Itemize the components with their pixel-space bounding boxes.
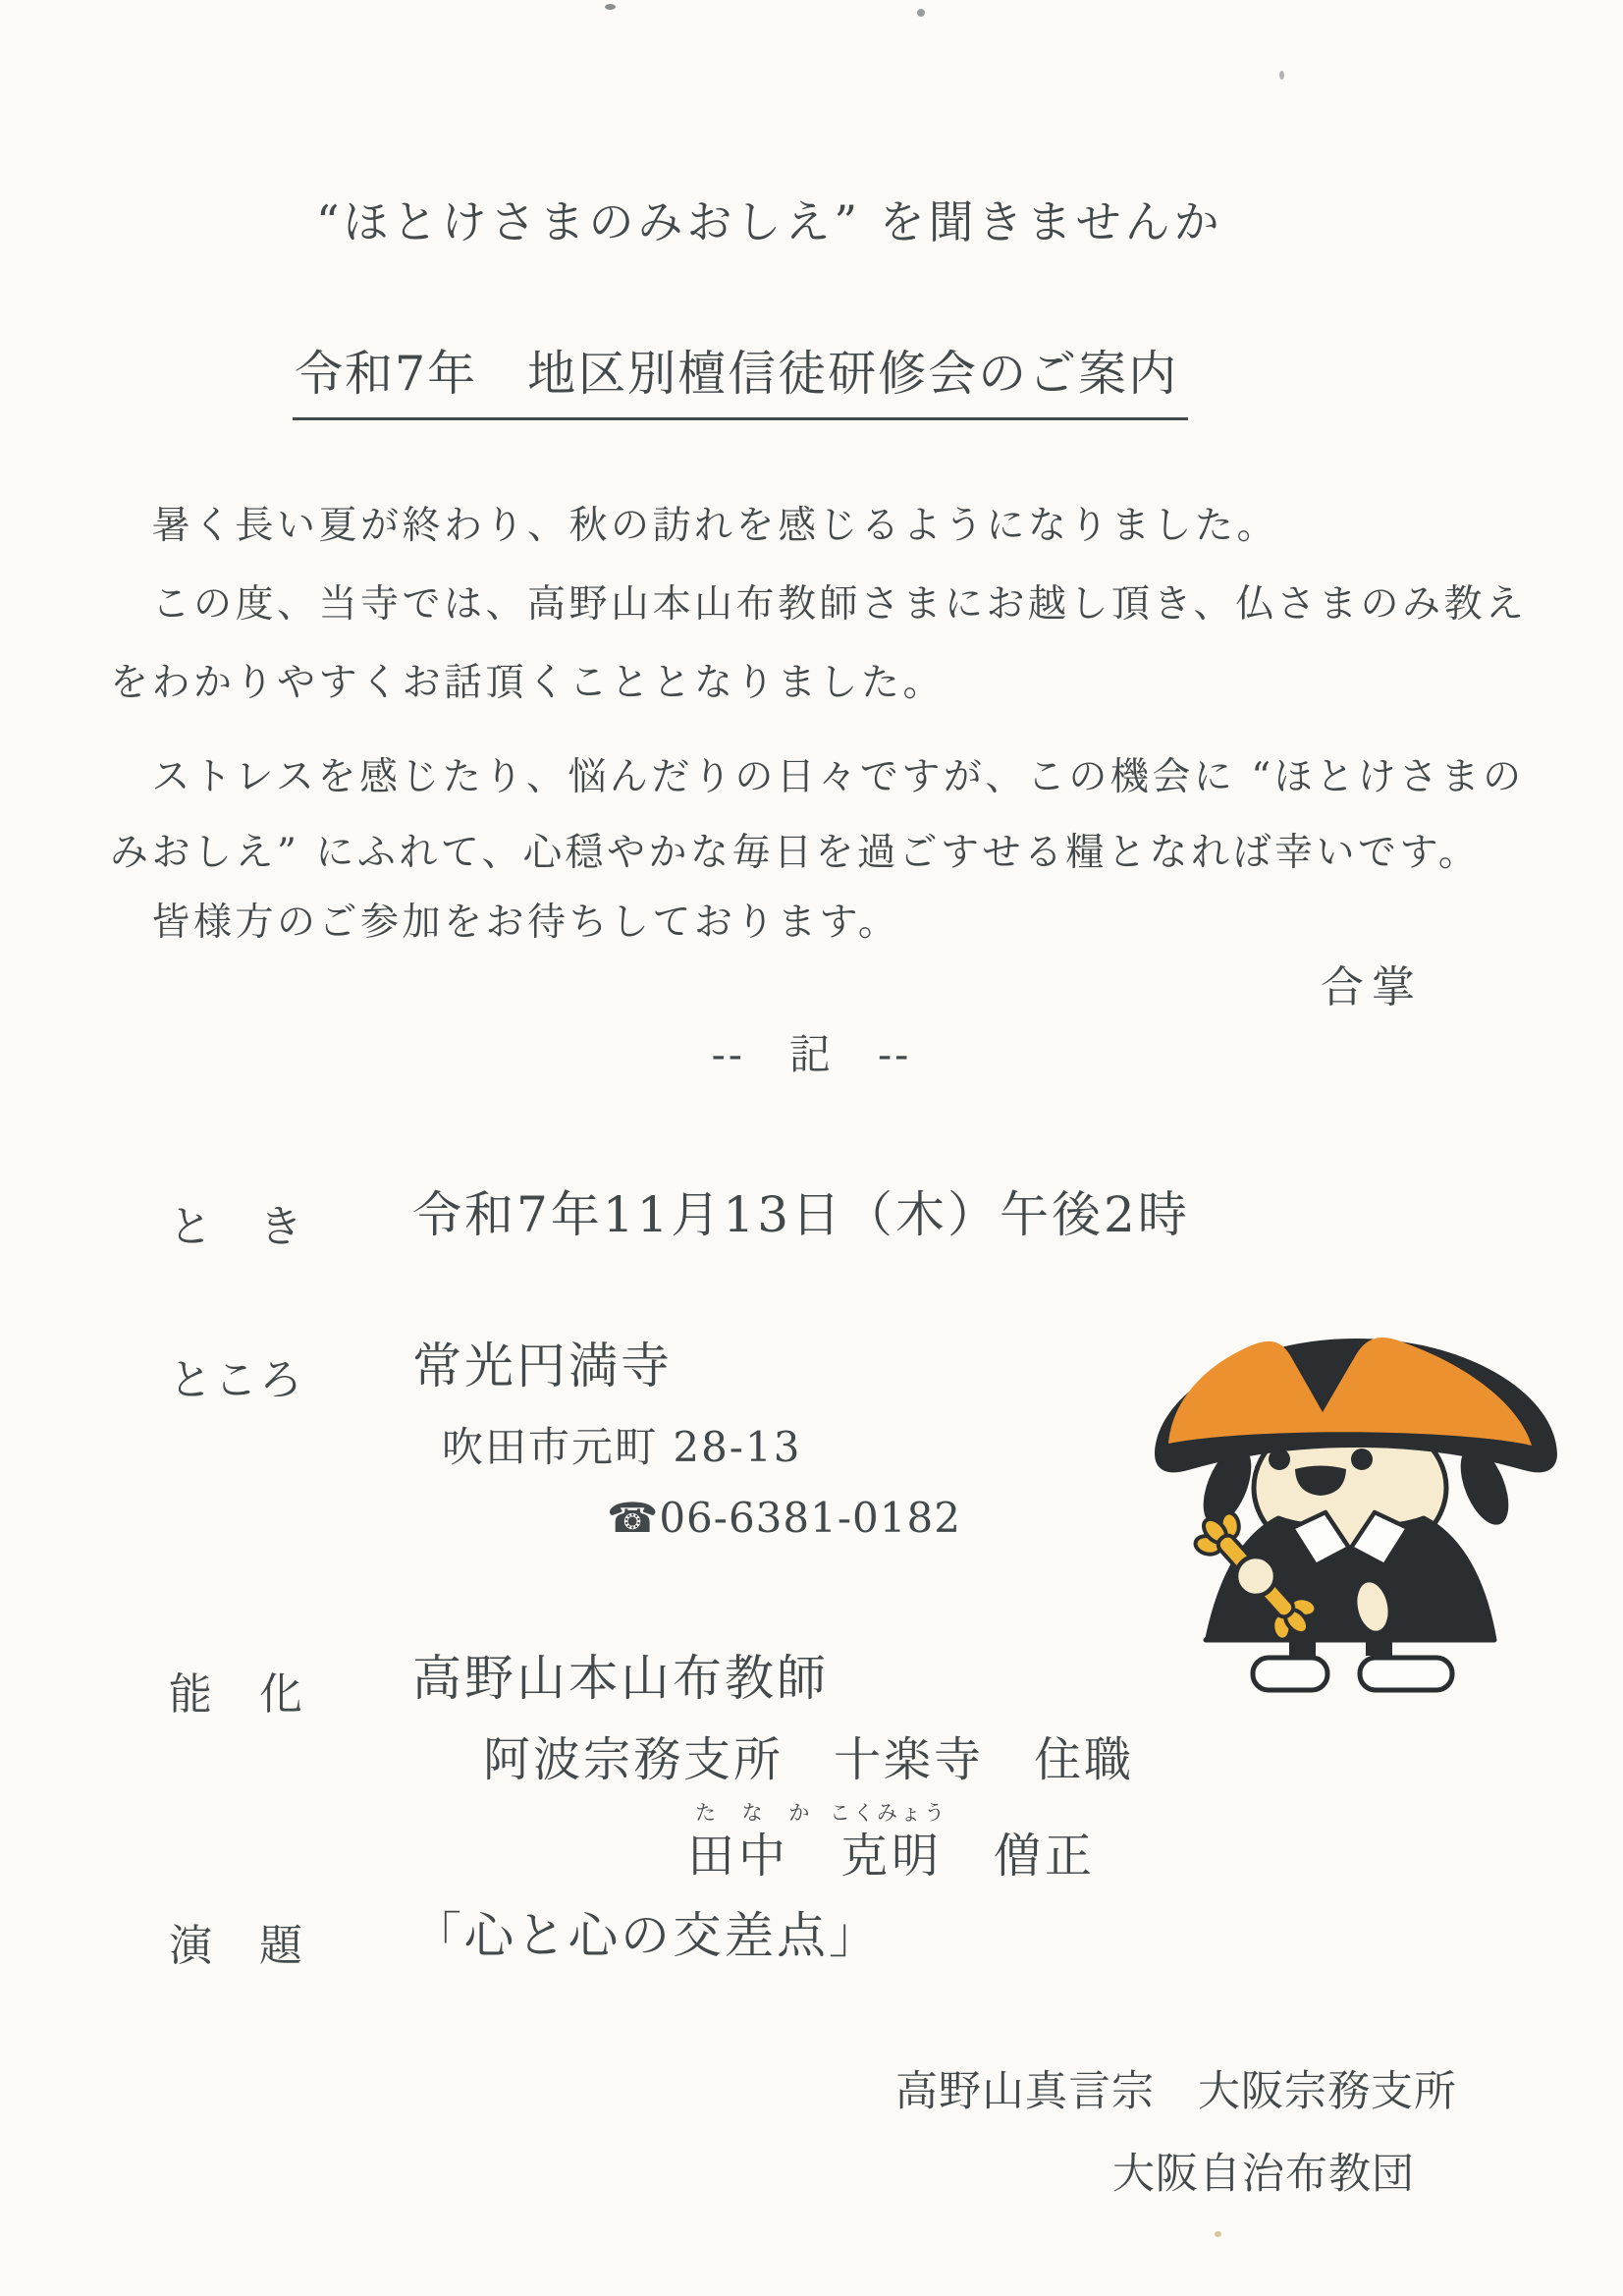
lecturer-label: 能 化 [169,1667,304,1722]
mascot-left-foot [1253,1658,1327,1690]
organization-line-2: 大阪自治布教団 [1112,2149,1415,2202]
mascot-right-foot [1360,1658,1452,1690]
scan-speck [605,4,616,10]
monk-mascot-illustration [1129,1277,1571,1719]
place-value: 常光円満寺 [412,1336,673,1397]
letter-heading-underlined: 令和7年 地区別檀信徒研修会のご案内 [293,344,1188,420]
scanned-letter-page: “ほとけさまのみおしえ” を聞きませんか 令和7年 地区別檀信徒研修会のご案内 … [0,0,1623,2296]
datetime-label: と き [169,1200,304,1254]
furigana-given-name: こくみょう [830,1800,947,1826]
letter-title: “ほとけさまのみおしえ” を聞きませんか [316,194,1223,251]
body-line: 暑く長い夏が終わり、秋の訪れを感じるようになりました。 [110,503,1278,551]
lecturer-name: 田中 克明 僧正 [687,1827,1096,1886]
lecturer-title: 高野山本山布教師 [412,1648,829,1710]
temple-phone: ☎06-6381-0182 [607,1493,961,1545]
scan-speck [917,9,925,17]
body-line: みおしえ” にふれて、心穏やかな毎日を過ごすせる糧となれば幸いです。 [110,830,1480,878]
body-line: をわかりやすくお話頂くこととなりました。 [110,660,945,708]
lecture-title-label: 演 題 [169,1919,304,1973]
body-line: この度、当寺では、高野山本山布教師さまにお越し頂き、仏さまのみ教え [110,581,1527,629]
mascot-right-leg [1366,1632,1392,1656]
scan-speck [1279,71,1284,80]
organization-line-1: 高野山真言宗 大阪宗務支所 [895,2066,1457,2119]
place-label: ところ [169,1353,304,1407]
temple-address: 吹田市元町 28-13 [442,1422,801,1474]
datetime-value: 令和7年11月13日（木）午後2時 [412,1184,1190,1246]
mascot-right-eye [1351,1449,1373,1470]
lecture-title-value: 「心と心の交差点」 [412,1905,881,1967]
ki-section-marker: -- 記 -- [0,1029,1623,1081]
lecturer-affiliation: 阿波宗務支所 十楽寺 住職 [483,1730,1134,1789]
gassho-closing: 合掌 [1321,960,1423,1014]
mascot-hand [1236,1557,1275,1596]
body-line: ストレスを感じたり、悩んだりの日々ですが、この機会に “ほとけさまの [110,754,1525,802]
furigana-family-name: た な か [695,1800,819,1826]
body-line: 皆様方のご参加をお待ちしております。 [110,900,899,948]
mascot-left-leg [1289,1632,1316,1656]
scan-speck [1215,2231,1221,2237]
